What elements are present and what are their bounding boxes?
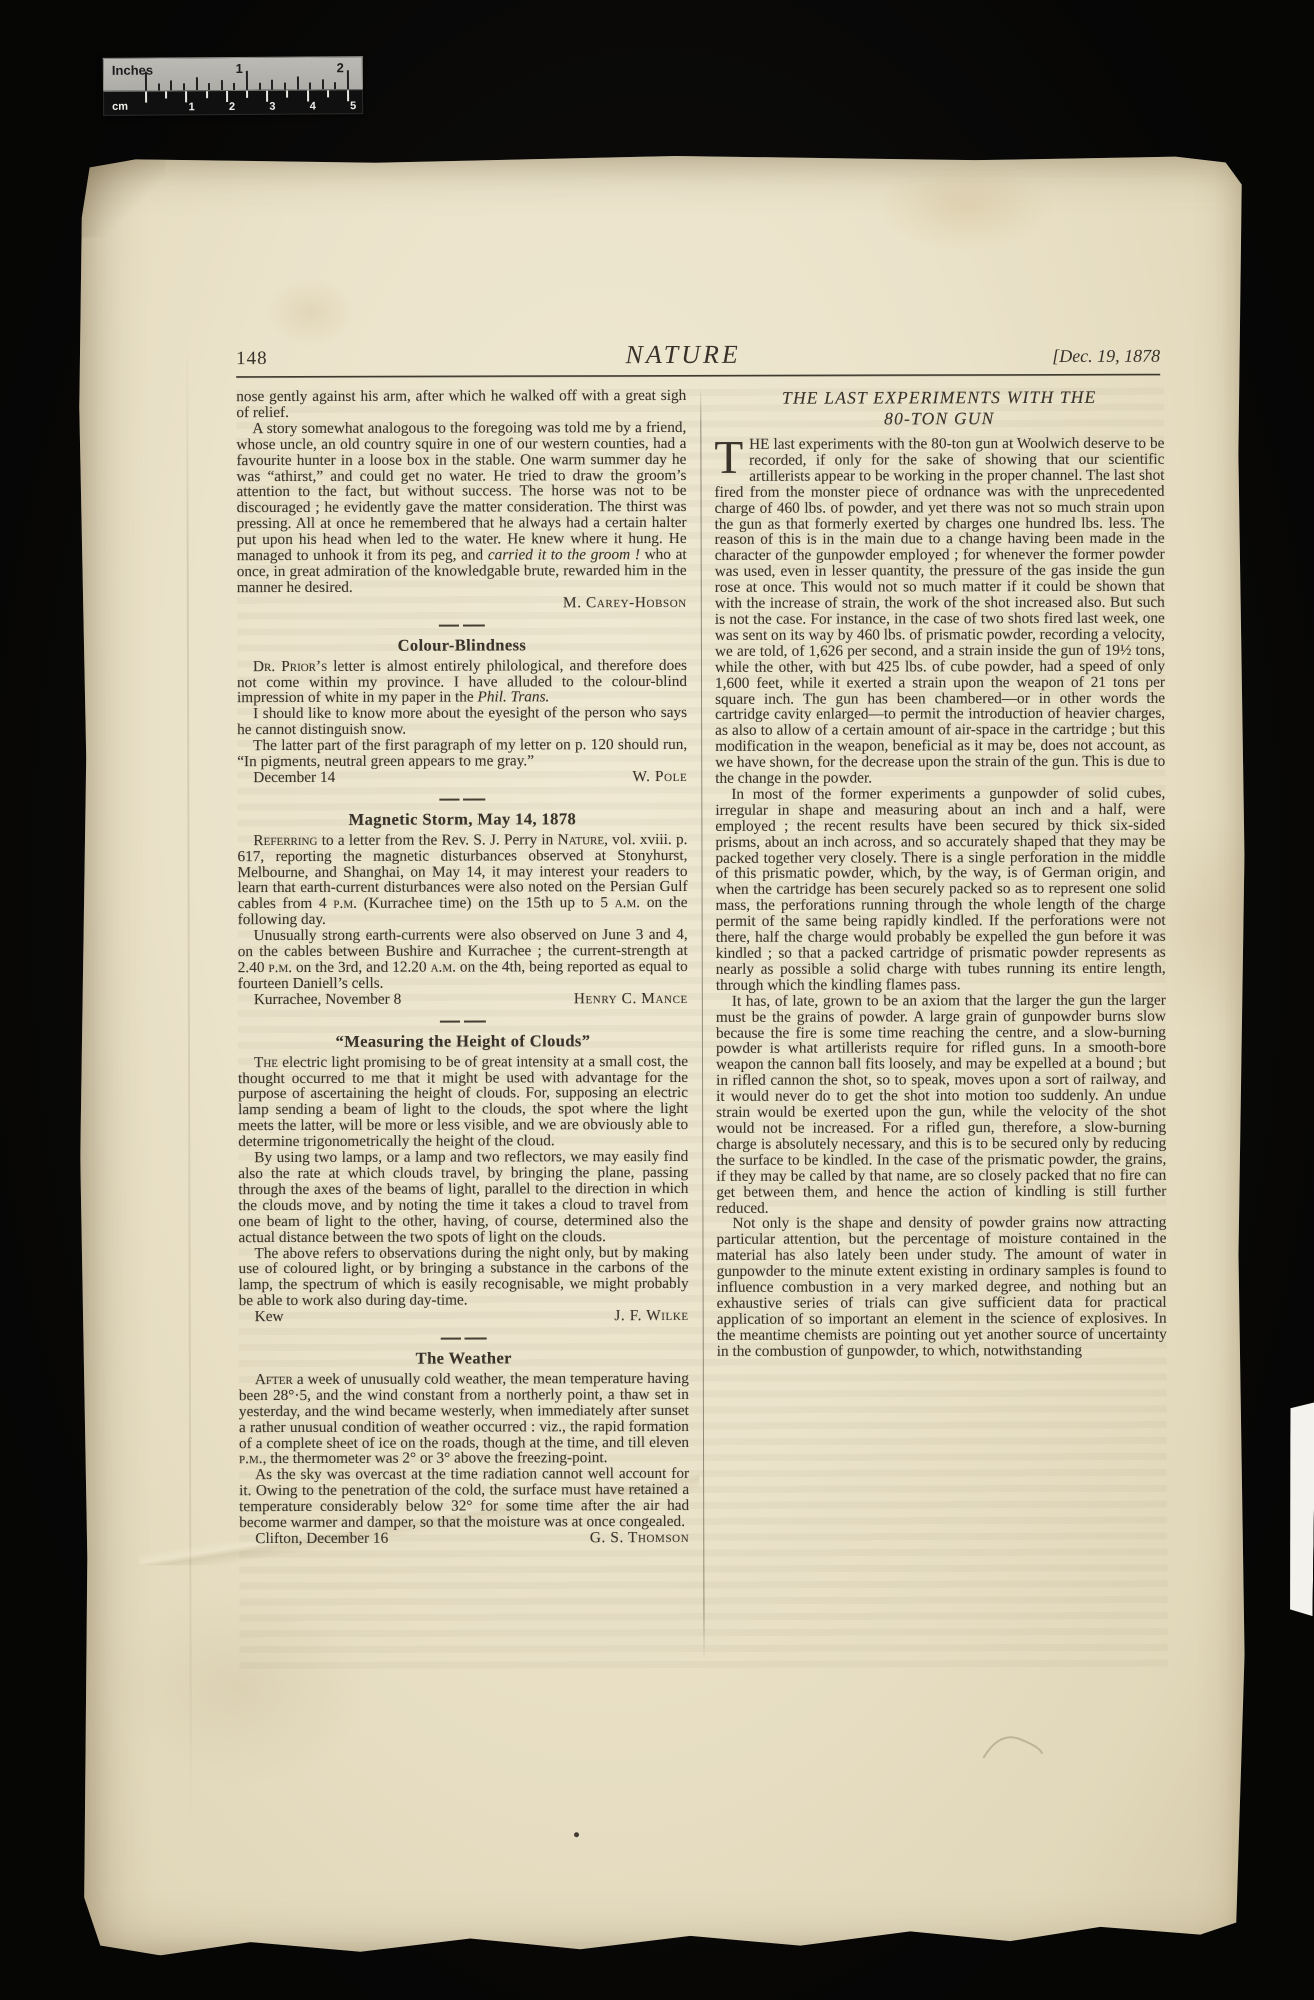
left-column: nose gently against his arm, after which…	[236, 388, 689, 1547]
journal-page: 148 NATURE [Dec. 19, 1878 nose gently ag…	[76, 154, 1249, 1965]
drop-cap: T	[714, 437, 749, 476]
signature: G. S. Thomson	[590, 1530, 689, 1546]
paragraph: nose gently against his arm, after which…	[236, 388, 686, 421]
scan-canvas: { "ruler": { "inches_label": "Inches", "…	[0, 0, 1314, 2000]
ruler-cm-number: 1	[188, 101, 194, 113]
ink-dot	[574, 1832, 579, 1837]
section-divider	[439, 798, 485, 800]
paragraph: Unusually strong earth-currents were als…	[238, 927, 688, 992]
paragraph: THE last experiments with the 80-ton gun…	[714, 436, 1165, 787]
adjacent-page-corner	[1288, 1402, 1314, 1616]
ruler-cm-number: 4	[310, 100, 316, 112]
paper-stain	[266, 277, 356, 347]
paragraph: The above refers to observations during …	[238, 1244, 688, 1309]
page-header: 148 NATURE [Dec. 19, 1878	[236, 339, 1160, 371]
corner-fold-shadow	[76, 157, 166, 237]
ruler-inch-number: 1	[231, 61, 243, 76]
paragraph: I should like to know more about the eye…	[237, 705, 687, 738]
paper-stain	[876, 161, 1056, 251]
journal-title: NATURE	[376, 339, 990, 371]
dateline: December 14	[237, 770, 335, 786]
section-divider	[440, 1020, 486, 1022]
section-heading: The Weather	[239, 1350, 689, 1367]
article-title-line2: 80-TON GUN	[714, 408, 1164, 430]
ruler-cm-number: 3	[269, 101, 275, 113]
signature-row: December 14 W. Pole	[237, 769, 687, 786]
signature-row: Kew J. F. Wilke	[239, 1308, 689, 1325]
measurement-ruler: Inches 12 cm 12345	[103, 56, 363, 115]
paragraph: As the sky was overcast at the time radi…	[239, 1466, 689, 1531]
issue-date: [Dec. 19, 1878	[990, 346, 1160, 367]
paragraph: Not only is the shape and density of pow…	[716, 1215, 1166, 1359]
paragraph: After a week of unusually cold weather, …	[239, 1371, 689, 1468]
signature-row: Kurrachee, November 8 Henry C. Mance	[238, 991, 688, 1008]
section-divider	[441, 1337, 487, 1339]
ruler-cm-row: cm 12345	[103, 89, 363, 116]
signature-row: Clifton, December 16 G. S. Thomson	[239, 1530, 689, 1547]
ruler-cm-number: 2	[229, 101, 235, 113]
article-title-line1: THE LAST EXPERIMENTS WITH THE	[714, 387, 1164, 409]
right-column: THE LAST EXPERIMENTS WITH THE 80-TON GUN…	[714, 387, 1167, 1546]
signature: W. Pole	[632, 769, 687, 785]
ruler-inch-number: 2	[332, 60, 344, 75]
dateline: Kew	[239, 1309, 284, 1325]
dateline: Kurrachee, November 8	[238, 991, 401, 1007]
paragraph: In most of the former experiments a gunp…	[715, 786, 1166, 994]
paragraph: A story somewhat analogous to the forego…	[236, 420, 686, 596]
text-columns: nose gently against his arm, after which…	[236, 387, 1167, 1547]
paragraph: The latter part of the first paragraph o…	[237, 737, 687, 770]
section-heading: Colour-Blindness	[237, 637, 687, 654]
section-divider	[439, 624, 485, 626]
signature: J. F. Wilke	[614, 1308, 688, 1324]
section-heading: Magnetic Storm, May 14, 1878	[237, 811, 687, 828]
paragraph: The electric light promising to be of gr…	[238, 1054, 688, 1151]
dateline: Clifton, December 16	[239, 1531, 388, 1547]
pencil-mark	[978, 1727, 1048, 1771]
header-rule	[236, 374, 1160, 378]
ruler-cm-number: 5	[350, 100, 356, 112]
ruler-inches-row: Inches 12	[103, 56, 363, 91]
ruler-cm-label: cm	[112, 101, 128, 113]
signature: Henry C. Mance	[574, 991, 688, 1007]
section-heading: “Measuring the Height of Clouds”	[238, 1033, 688, 1050]
signature: M. Carey-Hobson	[563, 595, 687, 611]
page-number: 148	[236, 348, 376, 370]
fold-line	[186, 337, 192, 1837]
paragraph: Dr. Prior’s letter is almost entirely ph…	[237, 658, 687, 707]
signature-row: M. Carey-Hobson	[237, 595, 687, 612]
paper-stain	[109, 1587, 370, 1788]
paragraph: Referring to a letter from the Rev. S. J…	[237, 832, 687, 929]
paragraph: It has, of late, grown to be an axiom th…	[716, 992, 1167, 1216]
paragraph: By using two lamps, or a lamp and two re…	[238, 1149, 688, 1246]
